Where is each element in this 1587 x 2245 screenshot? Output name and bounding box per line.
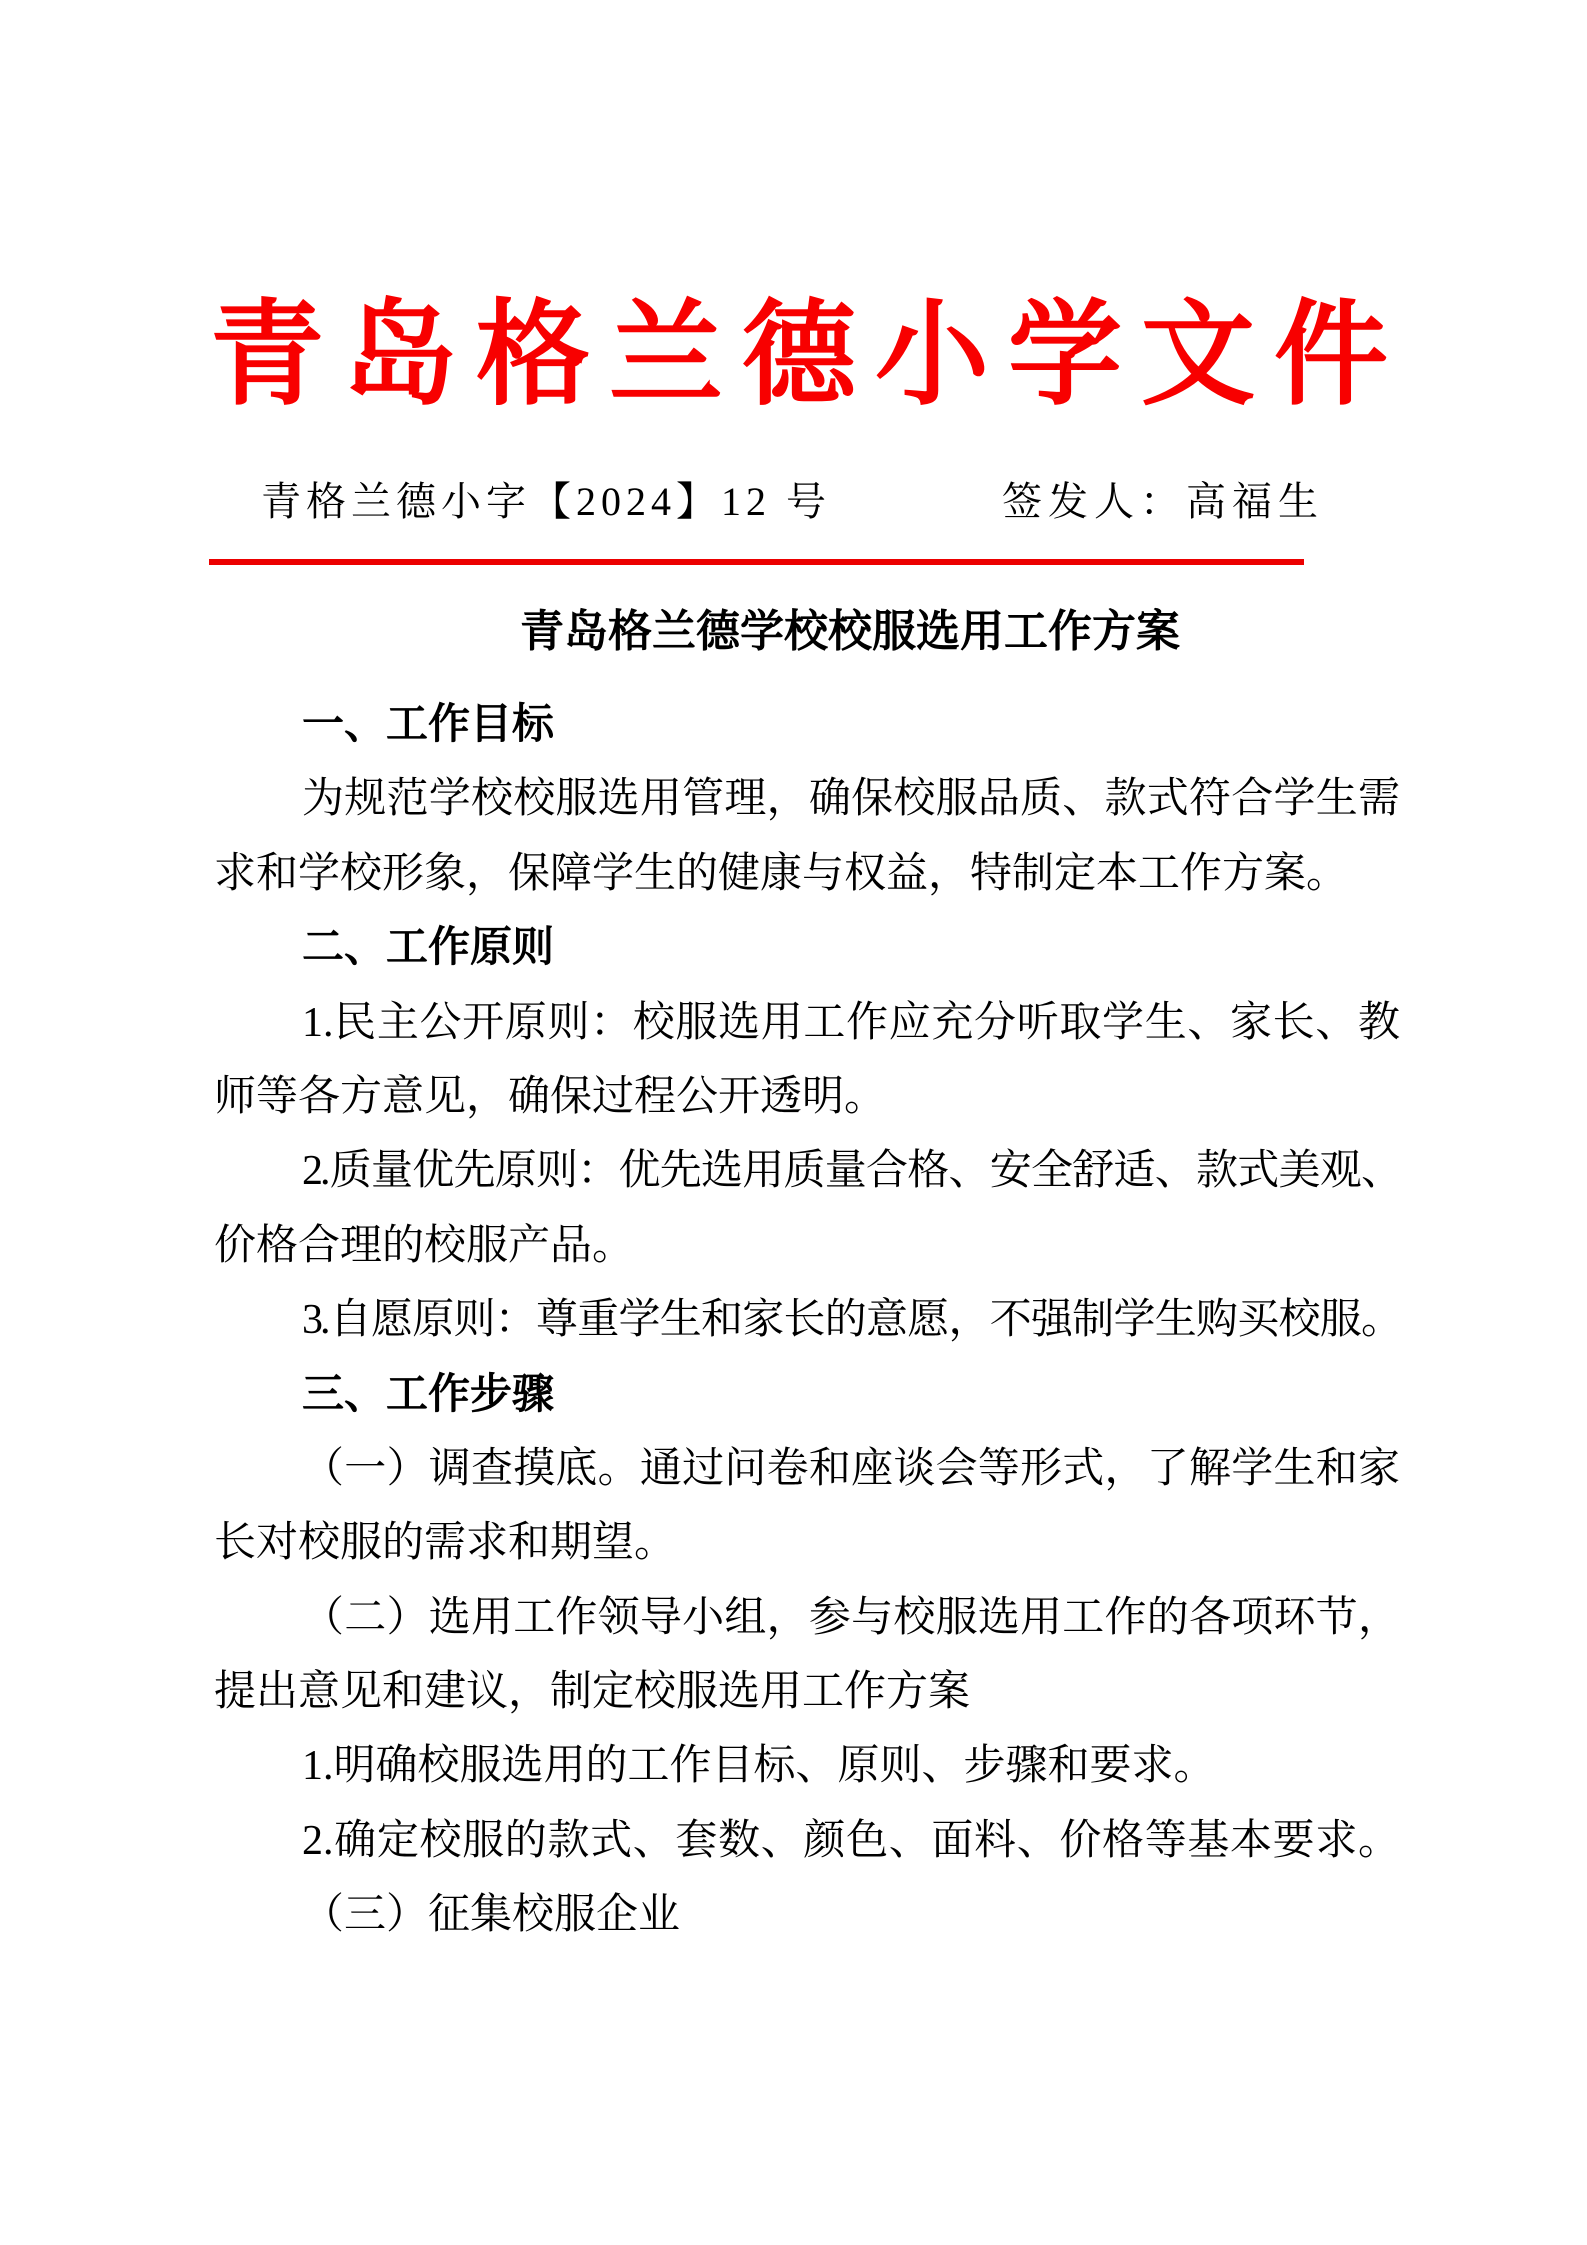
red-divider-line bbox=[209, 559, 1304, 565]
body-line: 求和学校形象，保障学生的健康与权益，特制定本工作方案。 bbox=[214, 837, 1400, 911]
body-line: 1.明确校服选用的工作目标、原则、步骤和要求。 bbox=[214, 1729, 1400, 1803]
body-line: 三、工作步骤 bbox=[214, 1358, 1400, 1432]
signer-name: 签发人：高福生 bbox=[1002, 478, 1324, 526]
body-line: 价格合理的校服产品。 bbox=[214, 1209, 1400, 1283]
body-line: （一）调查摸底。通过问卷和座谈会等形式，了解学生和家 bbox=[214, 1432, 1400, 1506]
body-line: 3.自愿原则：尊重学生和家长的意愿，不强制学生购买校服。 bbox=[214, 1283, 1400, 1357]
body-line: （三）征集校服企业 bbox=[214, 1878, 1400, 1952]
letterhead-info-row: 青格兰德小字【2024】12 号 签发人：高福生 bbox=[0, 478, 1587, 528]
body-line: 长对校服的需求和期望。 bbox=[214, 1506, 1400, 1580]
document-body: 一、工作目标为规范学校校服选用管理，确保校服品质、款式符合学生需求和学校形象，保… bbox=[214, 688, 1400, 1953]
official-document-page: 青岛格兰德小学文件 青格兰德小字【2024】12 号 签发人：高福生 青岛格兰德… bbox=[0, 0, 1587, 2245]
document-title: 青岛格兰德学校校服选用工作方案 bbox=[214, 604, 1486, 660]
body-line: 2.确定校服的款式、套数、颜色、面料、价格等基本要求。 bbox=[214, 1804, 1400, 1878]
body-line: （二）选用工作领导小组，参与校服选用工作的各项环节， bbox=[214, 1581, 1400, 1655]
body-line: 为规范学校校服选用管理，确保校服品质、款式符合学生需 bbox=[214, 762, 1400, 836]
body-line: 二、工作原则 bbox=[214, 911, 1400, 985]
body-line: 一、工作目标 bbox=[214, 688, 1400, 762]
document-number: 青格兰德小字【2024】12 号 bbox=[261, 478, 831, 526]
body-line: 1.民主公开原则：校服选用工作应充分听取学生、家长、教 bbox=[214, 986, 1400, 1060]
letterhead-title: 青岛格兰德小学文件 bbox=[210, 296, 1407, 416]
body-line: 2.质量优先原则：优先选用质量合格、安全舒适、款式美观、 bbox=[214, 1134, 1400, 1208]
body-line: 师等各方意见，确保过程公开透明。 bbox=[214, 1060, 1400, 1134]
body-line: 提出意见和建议，制定校服选用工作方案 bbox=[214, 1655, 1400, 1729]
